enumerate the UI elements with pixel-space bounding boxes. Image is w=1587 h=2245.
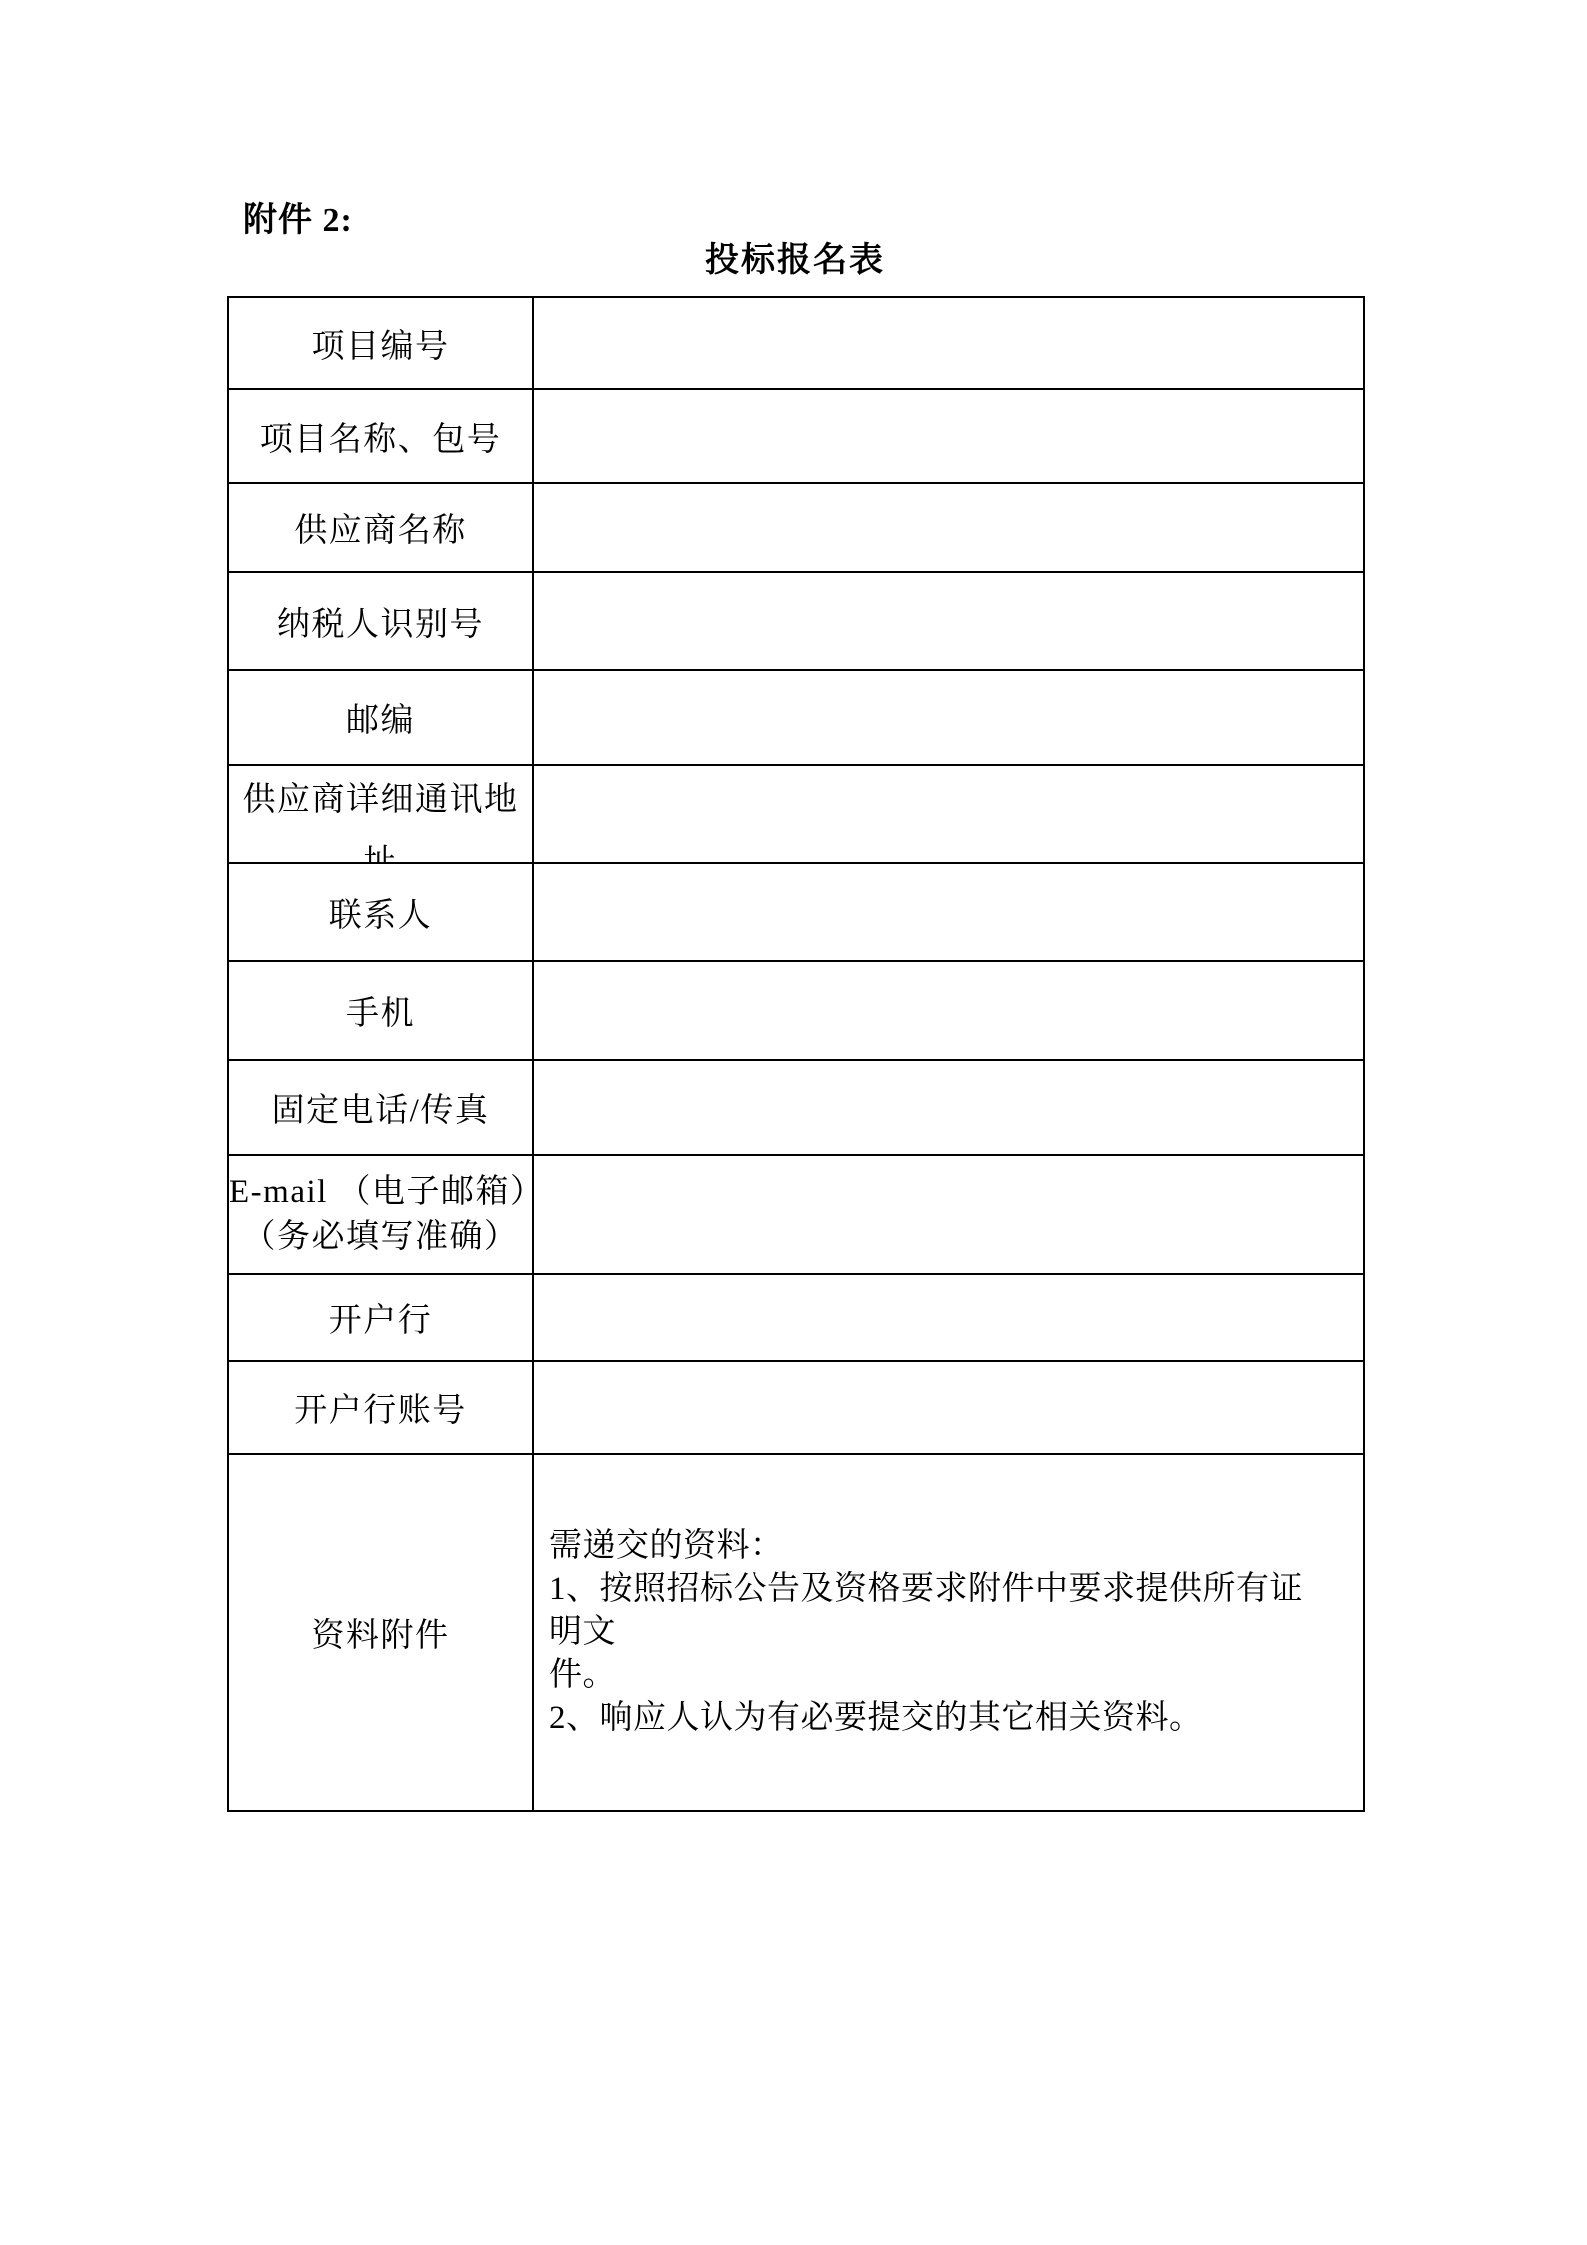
row-value-project-name-package <box>533 389 1364 483</box>
note-line: 1、按照招标公告及资格要求附件中要求提供所有证明文 <box>549 1568 1335 1654</box>
table-row: 纳税人识别号 <box>228 572 1364 670</box>
row-label-taxpayer-id: 纳税人识别号 <box>228 572 533 670</box>
table-row: 项目名称、包号 <box>228 389 1364 483</box>
note-line: 件。 <box>549 1654 1335 1697</box>
table-row: 邮编 <box>228 670 1364 765</box>
row-label-email: E-mail （电子邮箱） （务必填写准确） <box>228 1155 533 1274</box>
note-line: 需递交的资料： <box>549 1525 1335 1568</box>
note-line: 2、响应人认为有必要提交的其它相关资料。 <box>549 1697 1335 1740</box>
table-row: 手机 <box>228 961 1364 1060</box>
row-value-bank-account <box>533 1361 1364 1454</box>
row-label-project-number: 项目编号 <box>228 297 533 389</box>
table-row: 资料附件 需递交的资料： 1、按照招标公告及资格要求附件中要求提供所有证明文 件… <box>228 1454 1364 1811</box>
label-line: （务必填写准确） <box>229 1215 532 1260</box>
table-row: 固定电话/传真 <box>228 1060 1364 1155</box>
row-label-bank-account: 开户行账号 <box>228 1361 533 1454</box>
table-row: 项目编号 <box>228 297 1364 389</box>
address-label-clip: 供应商详细通讯地 址 <box>229 766 532 862</box>
table-row: 供应商名称 <box>228 483 1364 572</box>
row-value-attachments: 需递交的资料： 1、按照招标公告及资格要求附件中要求提供所有证明文 件。 2、响… <box>533 1454 1364 1811</box>
row-value-phone-fax <box>533 1060 1364 1155</box>
row-label-mobile: 手机 <box>228 961 533 1060</box>
table-row: 开户行 <box>228 1274 1364 1361</box>
row-label-supplier-address: 供应商详细通讯地 址 <box>228 765 533 863</box>
row-label-contact-person: 联系人 <box>228 863 533 961</box>
document-page: 附件 2: 投标报名表 项目编号 项目名称、包号 供应商名称 纳税人识别号 邮编 <box>0 0 1587 2245</box>
row-value-postal-code <box>533 670 1364 765</box>
bid-registration-table: 项目编号 项目名称、包号 供应商名称 纳税人识别号 邮编 <box>227 296 1365 1812</box>
row-value-contact-person <box>533 863 1364 961</box>
label-line: E-mail （电子邮箱） <box>229 1170 532 1215</box>
row-value-supplier-name <box>533 483 1364 572</box>
row-value-project-number <box>533 297 1364 389</box>
row-label-bank-name: 开户行 <box>228 1274 533 1361</box>
table-row: 联系人 <box>228 863 1364 961</box>
table-row: 开户行账号 <box>228 1361 1364 1454</box>
row-value-taxpayer-id <box>533 572 1364 670</box>
row-label-supplier-name: 供应商名称 <box>228 483 533 572</box>
row-label-phone-fax: 固定电话/传真 <box>228 1060 533 1155</box>
row-value-supplier-address <box>533 765 1364 863</box>
row-label-attachments: 资料附件 <box>228 1454 533 1811</box>
row-label-postal-code: 邮编 <box>228 670 533 765</box>
page-title: 投标报名表 <box>227 232 1363 281</box>
row-value-email <box>533 1155 1364 1274</box>
table-row: E-mail （电子邮箱） （务必填写准确） <box>228 1155 1364 1274</box>
label-line: 址 <box>229 831 532 862</box>
row-value-bank-name <box>533 1274 1364 1361</box>
label-line: 供应商详细通讯地 <box>229 769 532 831</box>
row-label-project-name-package: 项目名称、包号 <box>228 389 533 483</box>
row-value-mobile <box>533 961 1364 1060</box>
table-row: 供应商详细通讯地 址 <box>228 765 1364 863</box>
